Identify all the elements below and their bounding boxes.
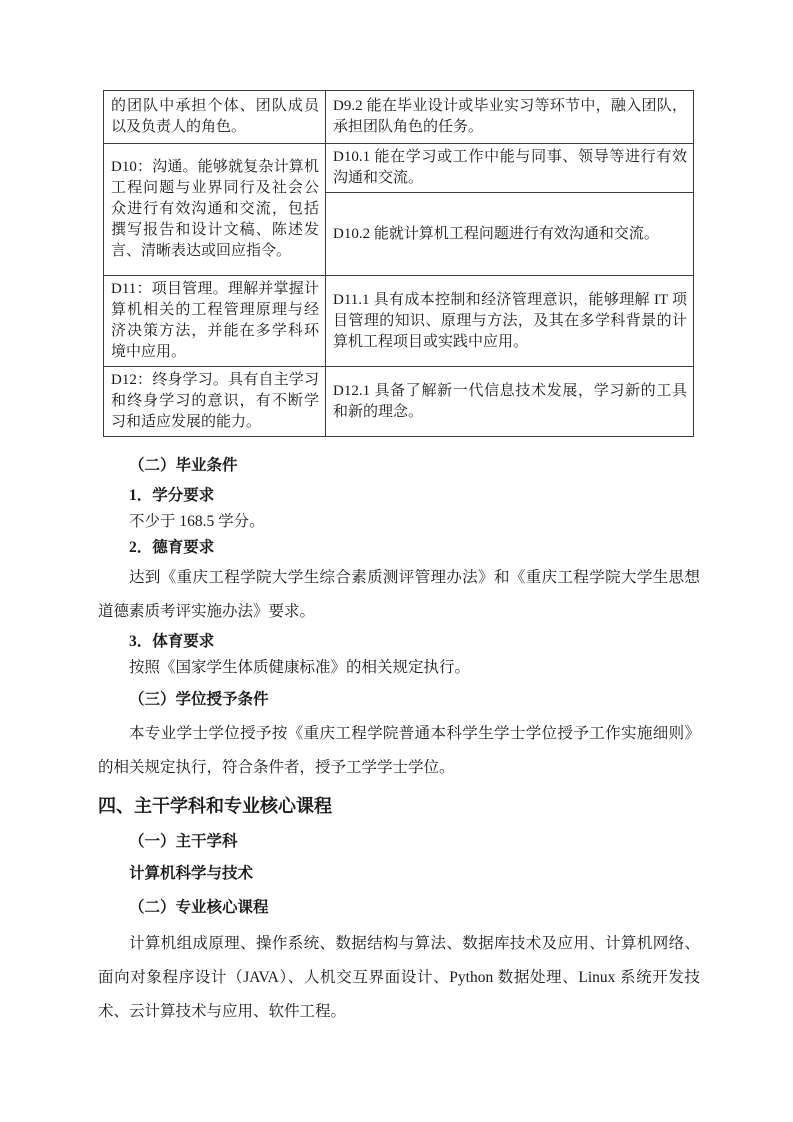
core-courses-text: 计算机组成原理、操作系统、数据结构与算法、数据库技术及应用、计算机网络、面向对象… — [98, 927, 700, 1029]
credit-requirement-text: 不少于 168.5 学分。 — [98, 509, 700, 535]
table-row: D12：终身学习。具有自主学习和终身学习的意识，有不断学习和适应发展的能力。 D… — [104, 367, 694, 437]
table-row: 的团队中承担个体、团队成员以及负责人的角色。 D9.2 能在毕业设计或毕业实习等… — [104, 91, 694, 144]
document-body: （二）毕业条件 1．学分要求 不少于 168.5 学分。 2．德育要求 达到《重… — [98, 453, 700, 1029]
objective-cell-d12: D12：终身学习。具有自主学习和终身学习的意识，有不断学习和适应发展的能力。 — [104, 367, 326, 437]
indicator-cell-d10-1: D10.1 能在学习或工作中能与同事、领导等进行有效沟通和交流。 — [326, 144, 694, 193]
objective-cell-d9-continued: 的团队中承担个体、团队成员以及负责人的角色。 — [104, 91, 326, 144]
objective-cell-d10: D10：沟通。能够就复杂计算机工程问题与业界同行及社会公众进行有效沟通和交流，包… — [104, 144, 326, 276]
main-discipline-text: 计算机科学与技术 — [98, 861, 700, 887]
graduation-conditions-heading: （二）毕业条件 — [98, 453, 700, 479]
indicator-cell-d9-2: D9.2 能在毕业设计或毕业实习等环节中，融入团队，承担团队角色的任务。 — [326, 91, 694, 144]
indicator-cell-d10-2: D10.2 能就计算机工程问题进行有效沟通和交流。 — [326, 193, 694, 276]
chapter4-heading: 四、主干学科和专业核心课程 — [98, 791, 700, 821]
table-row: D10：沟通。能够就复杂计算机工程问题与业界同行及社会公众进行有效沟通和交流，包… — [104, 144, 694, 193]
degree-conditions-heading: （三）学位授予条件 — [98, 687, 700, 713]
indicator-cell-d11-1: D11.1 具有成本控制和经济管理意识，能够理解 IT 项目管理的知识、原理与方… — [326, 276, 694, 367]
credit-requirement-heading: 1．学分要求 — [98, 483, 700, 509]
graduation-requirements-table: 的团队中承担个体、团队成员以及负责人的角色。 D9.2 能在毕业设计或毕业实习等… — [103, 90, 694, 437]
objective-cell-d11: D11：项目管理。理解并掌握计算机相关的工程管理原理与经济决策方法，并能在多学科… — [104, 276, 326, 367]
pe-requirement-heading: 3．体育要求 — [98, 629, 700, 655]
moral-requirement-heading: 2．德育要求 — [98, 535, 700, 561]
table-row: D11：项目管理。理解并掌握计算机相关的工程管理原理与经济决策方法，并能在多学科… — [104, 276, 694, 367]
document-page: 的团队中承担个体、团队成员以及负责人的角色。 D9.2 能在毕业设计或毕业实习等… — [0, 0, 793, 1122]
pe-requirement-text: 按照《国家学生体质健康标准》的相关规定执行。 — [98, 655, 700, 681]
moral-requirement-text: 达到《重庆工程学院大学生综合素质测评管理办法》和《重庆工程学院大学生思想道德素质… — [98, 561, 700, 629]
degree-conditions-text: 本专业学士学位授予按《重庆工程学院普通本科学生学士学位授予工作实施细则》的相关规… — [98, 717, 700, 785]
indicator-cell-d12-1: D12.1 具备了解新一代信息技术发展，学习新的工具和新的理念。 — [326, 367, 694, 437]
core-courses-heading: （二）专业核心课程 — [98, 895, 700, 921]
main-discipline-heading: （一）主干学科 — [98, 829, 700, 855]
